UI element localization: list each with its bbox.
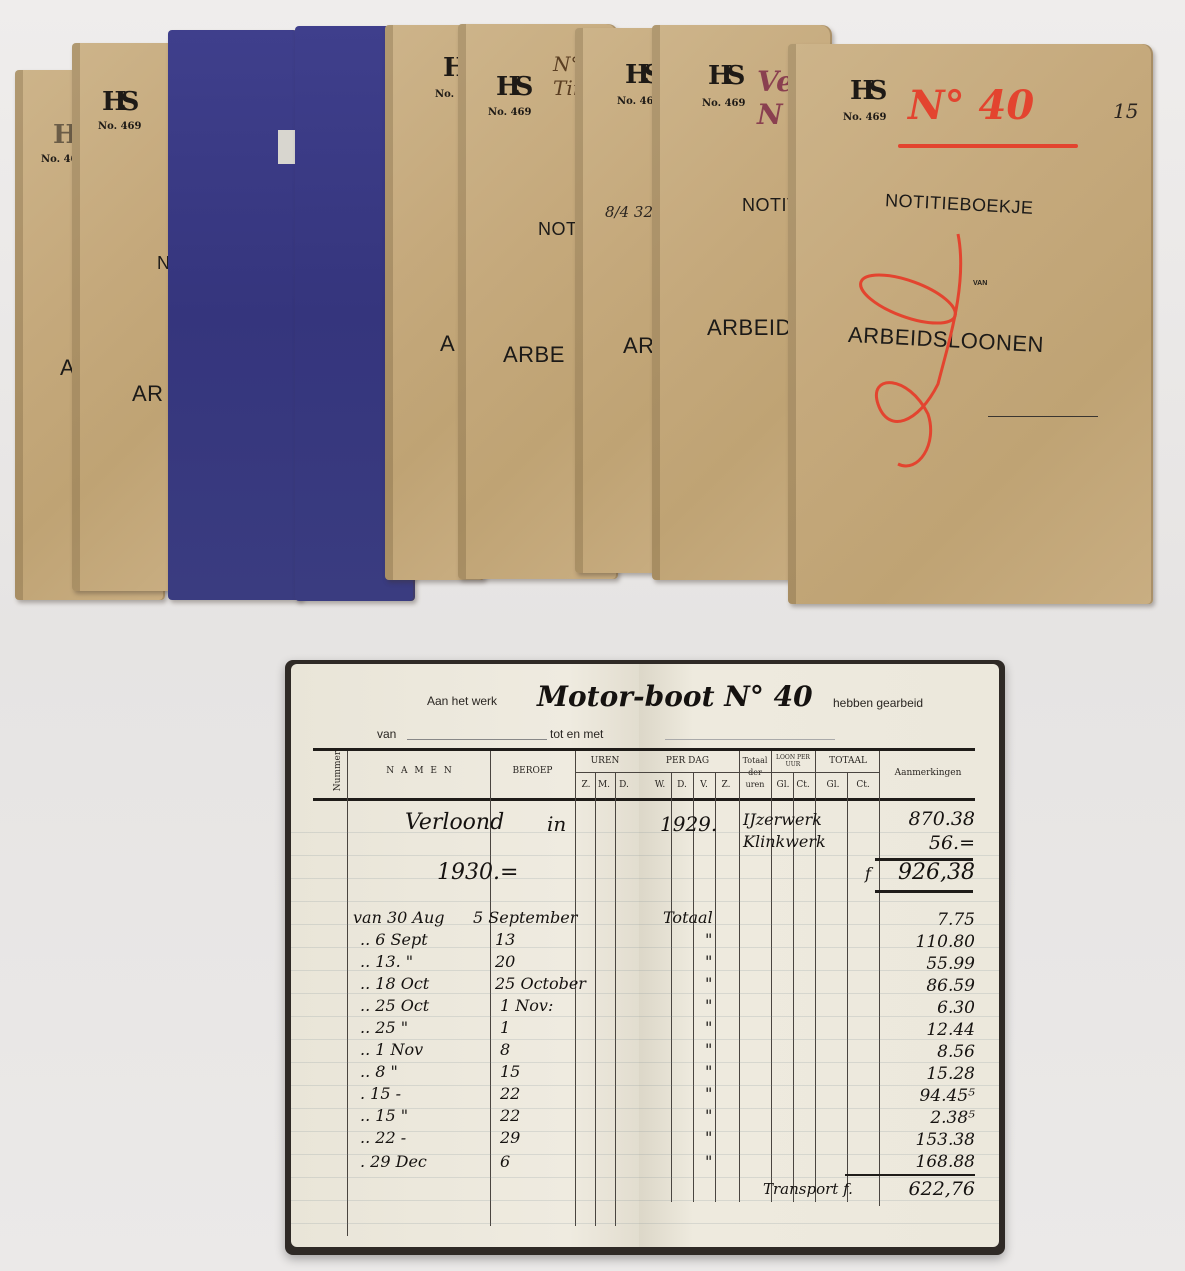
transport-total: 622,76 xyxy=(885,1178,975,1200)
notebook-cover-3-blue xyxy=(168,30,303,600)
transport-label: Transport f. xyxy=(763,1180,853,1198)
hs-logo-icon: HS xyxy=(850,78,881,104)
hs-logo-icon: HS xyxy=(708,63,739,89)
notebook-cover-2: HS No. 469 N AR xyxy=(72,43,182,591)
open-ledger: Aan het werk Motor-boot N° 40 hebben gea… xyxy=(285,660,1005,1255)
red-number-mark: N° 40 xyxy=(908,82,1034,129)
red-underline xyxy=(898,144,1078,148)
notebook-cover-9-front: HS No. 469 N° 40 15 NOTITIEBOEKJE VAN AR… xyxy=(788,44,1153,604)
handwritten-work-name: Motor-boot N° 40 xyxy=(537,680,813,713)
hs-logo-icon: HS xyxy=(496,74,527,100)
hs-logo-icon: HS xyxy=(102,89,133,115)
red-scribble-icon xyxy=(848,224,1018,484)
